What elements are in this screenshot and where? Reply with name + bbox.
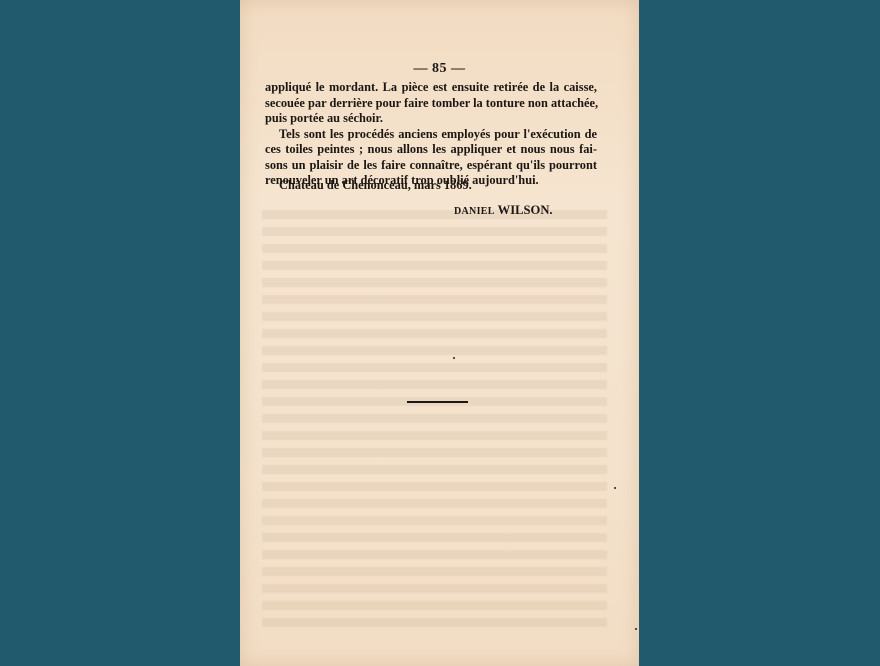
section-divider — [407, 401, 468, 403]
scanned-page: — 85 — appliqué le mordant. La pièce est… — [240, 0, 639, 666]
page-number: — 85 — — [240, 61, 639, 77]
paper-speck — [635, 628, 637, 630]
text-line: puis portée au séchoir. — [265, 111, 597, 127]
text-line: sons un plaisir de les faire connaître, … — [265, 158, 597, 174]
signature-last-name: WILSON. — [498, 203, 553, 217]
body-text: appliqué le mordant. La pièce est ensuit… — [265, 80, 597, 189]
text-line: appliqué le mordant. La pièce est ensuit… — [265, 80, 597, 96]
bleed-through-texture — [262, 210, 607, 630]
dateline: Château de Chenonceau, mars 1869. — [279, 178, 472, 193]
text-line: secouée par derrière pour faire tomber l… — [265, 96, 597, 112]
paper-speck — [453, 357, 455, 359]
signature: Daniel WILSON. — [454, 203, 553, 218]
signature-first-name: Daniel — [454, 206, 495, 217]
paper-speck — [614, 487, 616, 489]
text-line: Tels sont les procédés anciens employés … — [265, 127, 597, 143]
text-line: ces toiles peintes ; nous allons les app… — [265, 142, 597, 158]
